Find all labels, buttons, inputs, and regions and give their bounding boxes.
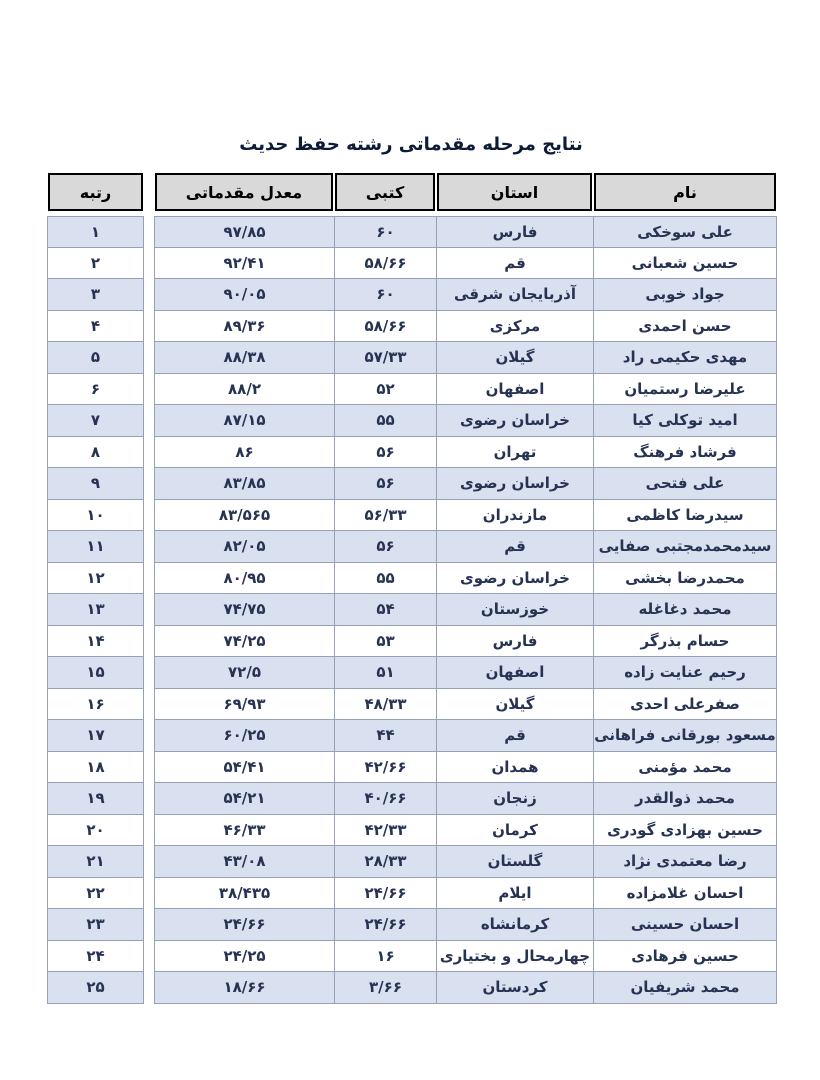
province-cell: فارس	[436, 216, 593, 248]
results-page: نتایج مرحله مقدماتی رشته حفظ حدیث نام اس…	[0, 0, 820, 1080]
rank-cell: ۴	[47, 311, 144, 343]
row-gutter	[144, 783, 154, 815]
written-cell: ۵۲	[334, 374, 436, 406]
province-cell: گلستان	[436, 846, 593, 878]
name-cell: جواد خوبی	[593, 279, 777, 311]
row-gutter	[144, 248, 154, 280]
rank-cell: ۳	[47, 279, 144, 311]
table-body: علی سوخکیفارس۶۰۹۷/۸۵۱حسین شعبانیقم۵۸/۶۶۹…	[45, 216, 777, 1004]
table-row: مهدی حکیمی رادگیلان۵۷/۳۳۸۸/۳۸۵	[45, 342, 777, 374]
written-cell: ۲۴/۶۶	[334, 878, 436, 910]
row-gutter	[144, 972, 154, 1004]
results-table: نام استان کتبی معدل مقدماتی رتبه علی سوخ…	[45, 173, 777, 1004]
table-row: سیدمحمدمجتبی صفاییقم۵۶۸۲/۰۵۱۱	[45, 531, 777, 563]
table-row: حسین فرهادیچهارمحال و بختیاری۱۶۲۴/۲۵۲۴	[45, 941, 777, 973]
table-row: مسعود بورقانی فراهانیقم۴۴۶۰/۲۵۱۷	[45, 720, 777, 752]
rank-cell: ۱۶	[47, 689, 144, 721]
column-header-province: استان	[437, 173, 592, 211]
table-row: رحیم عنایت زادهاصفهان۵۱۷۲/۵۱۵	[45, 657, 777, 689]
row-gutter	[144, 279, 154, 311]
name-cell: محمد شریفیان	[593, 972, 777, 1004]
written-cell: ۵۳	[334, 626, 436, 658]
name-cell: حسام بذرگر	[593, 626, 777, 658]
written-cell: ۵۴	[334, 594, 436, 626]
column-header-rank: رتبه	[48, 173, 143, 211]
avg-cell: ۸۸/۳۸	[154, 342, 334, 374]
written-cell: ۵۸/۶۶	[334, 311, 436, 343]
province-cell: همدان	[436, 752, 593, 784]
province-cell: چهارمحال و بختیاری	[436, 941, 593, 973]
written-cell: ۵۵	[334, 405, 436, 437]
name-cell: مهدی حکیمی راد	[593, 342, 777, 374]
rank-cell: ۲۵	[47, 972, 144, 1004]
written-cell: ۴۲/۳۳	[334, 815, 436, 847]
table-row: محمد شریفیانکردستان۳/۶۶۱۸/۶۶۲۵	[45, 972, 777, 1004]
table-row: احسان غلامزادهایلام۲۴/۶۶۳۸/۴۳۵۲۲	[45, 878, 777, 910]
row-gutter	[144, 563, 154, 595]
province-cell: قم	[436, 248, 593, 280]
table-row: حسن احمدیمرکزی۵۸/۶۶۸۹/۳۶۴	[45, 311, 777, 343]
row-gutter	[144, 311, 154, 343]
province-cell: اصفهان	[436, 657, 593, 689]
table-row: محمدرضا بخشیخراسان رضوی۵۵۸۰/۹۵۱۲	[45, 563, 777, 595]
province-cell: خراسان رضوی	[436, 405, 593, 437]
written-cell: ۵۶	[334, 437, 436, 469]
rank-cell: ۱۷	[47, 720, 144, 752]
rank-cell: ۱۹	[47, 783, 144, 815]
written-cell: ۵۷/۳۳	[334, 342, 436, 374]
province-cell: تهران	[436, 437, 593, 469]
rank-cell: ۵	[47, 342, 144, 374]
name-cell: محمد ذوالقدر	[593, 783, 777, 815]
province-cell: خراسان رضوی	[436, 563, 593, 595]
name-cell: محمد دغاغله	[593, 594, 777, 626]
rank-cell: ۱۴	[47, 626, 144, 658]
name-cell: حسن احمدی	[593, 311, 777, 343]
name-cell: حسین فرهادی	[593, 941, 777, 973]
row-gutter	[144, 815, 154, 847]
written-cell: ۴۴	[334, 720, 436, 752]
avg-cell: ۳۸/۴۳۵	[154, 878, 334, 910]
row-gutter	[144, 689, 154, 721]
rank-cell: ۷	[47, 405, 144, 437]
avg-cell: ۲۴/۶۶	[154, 909, 334, 941]
row-gutter	[144, 500, 154, 532]
written-cell: ۵۶	[334, 468, 436, 500]
avg-cell: ۸۳/۵۶۵	[154, 500, 334, 532]
written-cell: ۵۶	[334, 531, 436, 563]
province-cell: آذربایجان شرقی	[436, 279, 593, 311]
name-cell: حسین شعبانی	[593, 248, 777, 280]
table-row: سیدرضا کاظمیمازندران۵۶/۳۳۸۳/۵۶۵۱۰	[45, 500, 777, 532]
rank-cell: ۲۴	[47, 941, 144, 973]
name-cell: علی فتحی	[593, 468, 777, 500]
table-row: جواد خوبیآذربایجان شرقی۶۰۹۰/۰۵۳	[45, 279, 777, 311]
avg-cell: ۱۸/۶۶	[154, 972, 334, 1004]
province-cell: ایلام	[436, 878, 593, 910]
province-cell: گیلان	[436, 689, 593, 721]
avg-cell: ۸۷/۱۵	[154, 405, 334, 437]
row-gutter	[144, 468, 154, 500]
province-cell: قم	[436, 720, 593, 752]
rank-cell: ۱۲	[47, 563, 144, 595]
name-cell: سیدرضا کاظمی	[593, 500, 777, 532]
province-cell: کرمان	[436, 815, 593, 847]
rank-cell: ۱۱	[47, 531, 144, 563]
row-gutter	[144, 437, 154, 469]
row-gutter	[144, 657, 154, 689]
name-cell: صفرعلی احدی	[593, 689, 777, 721]
rank-cell: ۱۰	[47, 500, 144, 532]
province-cell: کردستان	[436, 972, 593, 1004]
name-cell: احسان حسینی	[593, 909, 777, 941]
written-cell: ۶۰	[334, 216, 436, 248]
avg-cell: ۹۷/۸۵	[154, 216, 334, 248]
table-row: علی سوخکیفارس۶۰۹۷/۸۵۱	[45, 216, 777, 248]
written-cell: ۵۵	[334, 563, 436, 595]
written-cell: ۱۶	[334, 941, 436, 973]
rank-cell: ۲	[47, 248, 144, 280]
rank-cell: ۱۸	[47, 752, 144, 784]
column-header-name: نام	[594, 173, 776, 211]
name-cell: محمد مؤمنی	[593, 752, 777, 784]
rank-cell: ۱	[47, 216, 144, 248]
table-row: محمد ذوالقدرزنجان۴۰/۶۶۵۴/۲۱۱۹	[45, 783, 777, 815]
written-cell: ۴۲/۶۶	[334, 752, 436, 784]
name-cell: فرشاد فرهنگ	[593, 437, 777, 469]
row-gutter	[144, 846, 154, 878]
row-gutter	[144, 752, 154, 784]
column-header-avg: معدل مقدماتی	[155, 173, 333, 211]
avg-cell: ۷۴/۷۵	[154, 594, 334, 626]
table-row: حسین شعبانیقم۵۸/۶۶۹۲/۴۱۲	[45, 248, 777, 280]
name-cell: احسان غلامزاده	[593, 878, 777, 910]
name-cell: محمدرضا بخشی	[593, 563, 777, 595]
rank-cell: ۲۰	[47, 815, 144, 847]
row-gutter	[144, 720, 154, 752]
table-header-row: نام استان کتبی معدل مقدماتی رتبه	[45, 173, 777, 211]
avg-cell: ۸۳/۸۵	[154, 468, 334, 500]
written-cell: ۳/۶۶	[334, 972, 436, 1004]
name-cell: امید توکلی کیا	[593, 405, 777, 437]
avg-cell: ۸۰/۹۵	[154, 563, 334, 595]
written-cell: ۲۴/۶۶	[334, 909, 436, 941]
avg-cell: ۴۶/۳۳	[154, 815, 334, 847]
avg-cell: ۹۰/۰۵	[154, 279, 334, 311]
table-row: حسین بهزادی گودریکرمان۴۲/۳۳۴۶/۳۳۲۰	[45, 815, 777, 847]
province-cell: خوزستان	[436, 594, 593, 626]
row-gutter	[144, 216, 154, 248]
province-cell: اصفهان	[436, 374, 593, 406]
avg-cell: ۶۰/۲۵	[154, 720, 334, 752]
avg-cell: ۷۴/۲۵	[154, 626, 334, 658]
name-cell: مسعود بورقانی فراهانی	[593, 720, 777, 752]
page-title: نتایج مرحله مقدماتی رشته حفظ حدیث	[45, 134, 777, 155]
rank-cell: ۲۳	[47, 909, 144, 941]
row-gutter	[144, 374, 154, 406]
avg-cell: ۸۶	[154, 437, 334, 469]
province-cell: کرمانشاه	[436, 909, 593, 941]
province-cell: فارس	[436, 626, 593, 658]
avg-cell: ۵۴/۲۱	[154, 783, 334, 815]
name-cell: علیرضا رستمیان	[593, 374, 777, 406]
table-row: امید توکلی کیاخراسان رضوی۵۵۸۷/۱۵۷	[45, 405, 777, 437]
avg-cell: ۸۲/۰۵	[154, 531, 334, 563]
table-row: علی فتحیخراسان رضوی۵۶۸۳/۸۵۹	[45, 468, 777, 500]
row-gutter	[144, 405, 154, 437]
province-cell: مازندران	[436, 500, 593, 532]
table-row: محمد دغاغلهخوزستان۵۴۷۴/۷۵۱۳	[45, 594, 777, 626]
avg-cell: ۴۳/۰۸	[154, 846, 334, 878]
written-cell: ۴۰/۶۶	[334, 783, 436, 815]
province-cell: خراسان رضوی	[436, 468, 593, 500]
province-cell: گیلان	[436, 342, 593, 374]
written-cell: ۵۸/۶۶	[334, 248, 436, 280]
avg-cell: ۸۸/۲	[154, 374, 334, 406]
row-gutter	[144, 626, 154, 658]
rank-cell: ۸	[47, 437, 144, 469]
avg-cell: ۵۴/۴۱	[154, 752, 334, 784]
table-row: فرشاد فرهنگتهران۵۶۸۶۸	[45, 437, 777, 469]
rank-cell: ۶	[47, 374, 144, 406]
table-row: احسان حسینیکرمانشاه۲۴/۶۶۲۴/۶۶۲۳	[45, 909, 777, 941]
avg-cell: ۷۲/۵	[154, 657, 334, 689]
province-cell: زنجان	[436, 783, 593, 815]
avg-cell: ۹۲/۴۱	[154, 248, 334, 280]
rank-cell: ۲۲	[47, 878, 144, 910]
rank-cell: ۹	[47, 468, 144, 500]
province-cell: قم	[436, 531, 593, 563]
name-cell: سیدمحمدمجتبی صفایی	[593, 531, 777, 563]
avg-cell: ۸۹/۳۶	[154, 311, 334, 343]
avg-cell: ۶۹/۹۳	[154, 689, 334, 721]
written-cell: ۵۱	[334, 657, 436, 689]
rank-cell: ۱۵	[47, 657, 144, 689]
name-cell: علی سوخکی	[593, 216, 777, 248]
table-row: رضا معتمدی نژادگلستان۲۸/۳۳۴۳/۰۸۲۱	[45, 846, 777, 878]
rank-cell: ۱۳	[47, 594, 144, 626]
row-gutter	[144, 941, 154, 973]
table-row: حسام بذرگرفارس۵۳۷۴/۲۵۱۴	[45, 626, 777, 658]
rank-cell: ۲۱	[47, 846, 144, 878]
written-cell: ۲۸/۳۳	[334, 846, 436, 878]
header-gutter	[144, 173, 154, 211]
row-gutter	[144, 531, 154, 563]
name-cell: رحیم عنایت زاده	[593, 657, 777, 689]
table-row: صفرعلی احدیگیلان۴۸/۳۳۶۹/۹۳۱۶	[45, 689, 777, 721]
written-cell: ۵۶/۳۳	[334, 500, 436, 532]
row-gutter	[144, 342, 154, 374]
table-row: علیرضا رستمیاناصفهان۵۲۸۸/۲۶	[45, 374, 777, 406]
row-gutter	[144, 878, 154, 910]
column-header-written: کتبی	[335, 173, 435, 211]
row-gutter	[144, 909, 154, 941]
province-cell: مرکزی	[436, 311, 593, 343]
written-cell: ۶۰	[334, 279, 436, 311]
row-gutter	[144, 594, 154, 626]
table-row: محمد مؤمنیهمدان۴۲/۶۶۵۴/۴۱۱۸	[45, 752, 777, 784]
name-cell: حسین بهزادی گودری	[593, 815, 777, 847]
avg-cell: ۲۴/۲۵	[154, 941, 334, 973]
written-cell: ۴۸/۳۳	[334, 689, 436, 721]
name-cell: رضا معتمدی نژاد	[593, 846, 777, 878]
